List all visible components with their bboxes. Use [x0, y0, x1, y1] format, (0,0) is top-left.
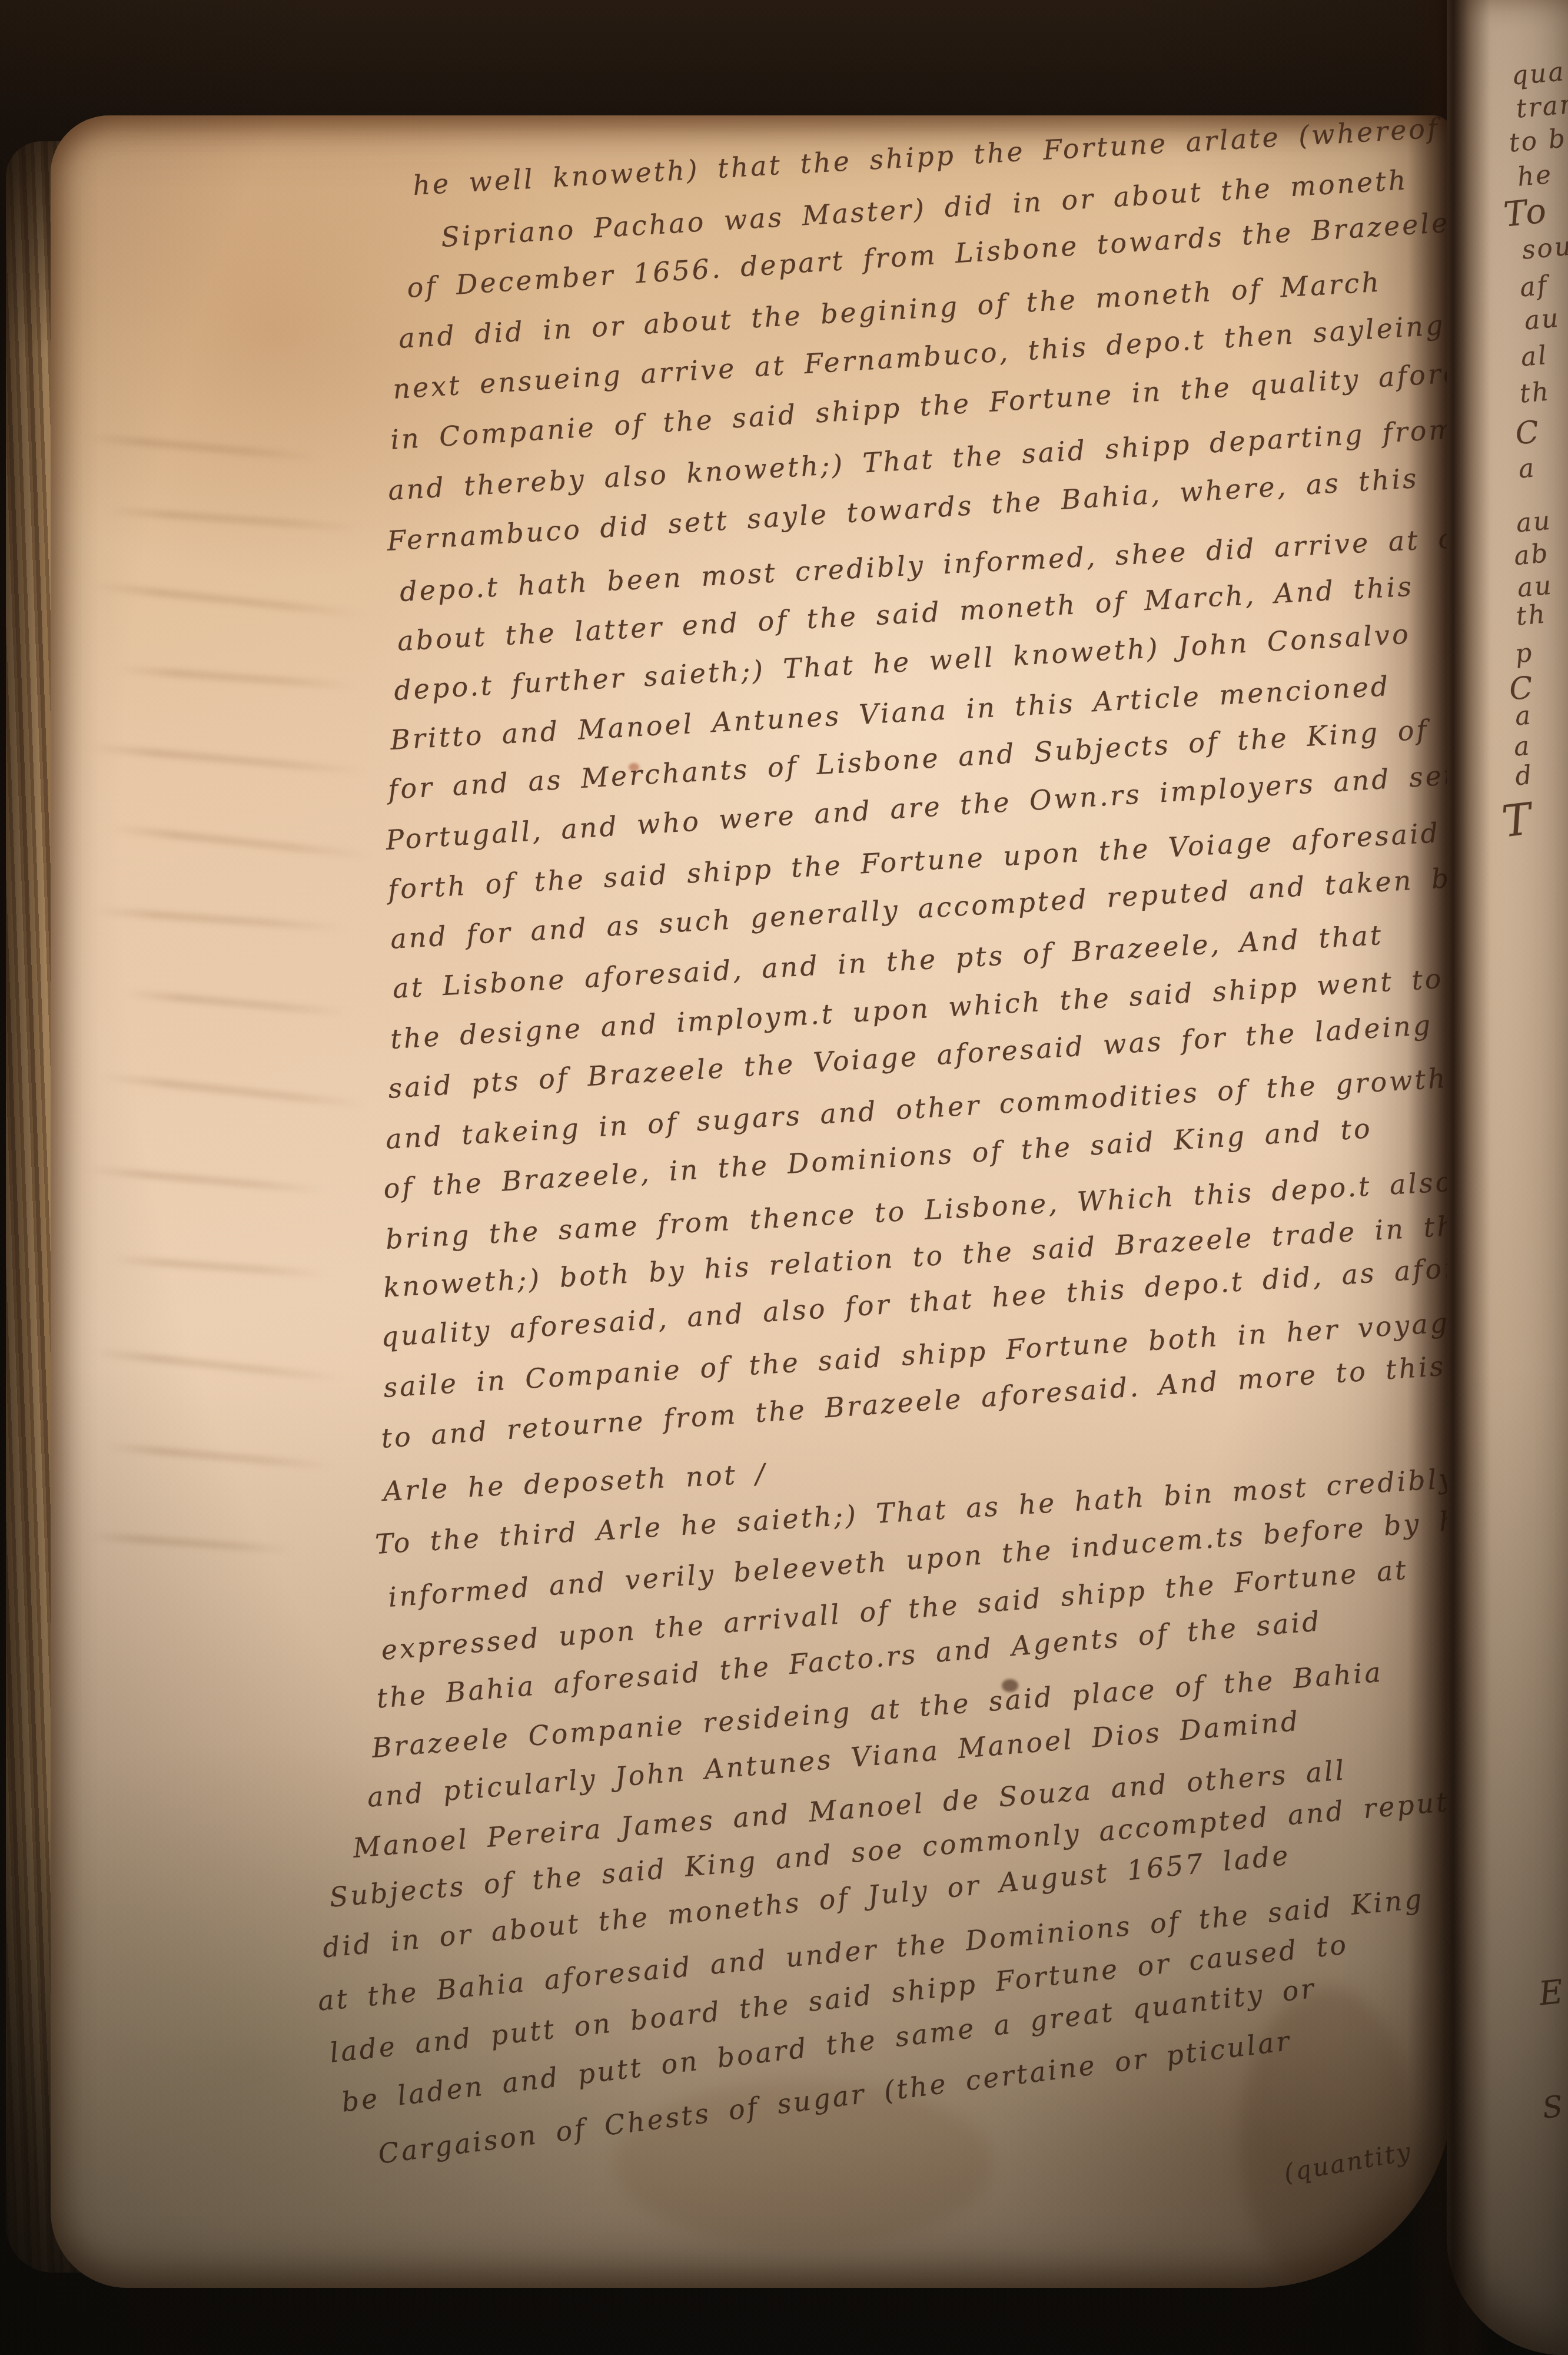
bleedthrough-mark [104, 506, 363, 532]
bleedthrough-mark [92, 1348, 345, 1382]
recto-line-fragment: E [1537, 1975, 1567, 2011]
recto-line-fragment: sou [1521, 233, 1568, 263]
recto-line-fragment: C [1514, 417, 1542, 450]
recto-line-fragment: au [1515, 508, 1553, 537]
recto-line-fragment: qua [1510, 59, 1566, 89]
bleedthrough-mark [91, 582, 367, 618]
manuscript-page: he well knoweth) that the shipp the Fort… [51, 115, 1454, 2288]
bleedthrough-mark [122, 989, 351, 1017]
bleedthrough-mark [116, 665, 357, 690]
bleedthrough-mark [99, 1073, 370, 1109]
recto-line-fragment: d [1514, 762, 1535, 790]
recto-line-fragment: To [1502, 193, 1550, 232]
bleedthrough-mark [85, 743, 367, 775]
recto-line-fragment: to b [1508, 125, 1568, 156]
bleedthrough-mark [88, 1532, 294, 1554]
bleedthrough-mark [85, 433, 321, 462]
recto-line-fragment: p [1514, 640, 1535, 668]
recto-line-fragment: C [1508, 672, 1536, 705]
recto-line-fragment: a [1514, 702, 1533, 729]
facing-page-edge: quatranto bheTosouafaualthCaauabauthpCaa… [1447, 0, 1568, 2355]
recto-line-fragment: ab [1513, 540, 1551, 570]
bleedthrough-mark [104, 1442, 334, 1470]
recto-line-fragment: T [1500, 797, 1536, 844]
recto-line-fragment: S [1541, 2091, 1566, 2123]
recto-line-fragment: th [1515, 601, 1548, 629]
bleedthrough-mark [87, 1166, 328, 1195]
manuscript-line: Arle he deposeth not / [383, 1460, 768, 1505]
recto-line-fragment: a [1517, 455, 1537, 482]
recto-line-fragment: he [1516, 162, 1554, 191]
recto-line-fragment: tran [1515, 91, 1568, 122]
recto-line-fragment: au [1516, 573, 1554, 602]
book-photograph: he well knoweth) that the shipp the Fort… [0, 0, 1568, 2355]
bleedthrough-mark [110, 1255, 328, 1278]
recto-line-fragment: al [1520, 343, 1549, 371]
bleedthrough-mark [109, 824, 373, 860]
recto-line-fragment: th [1519, 379, 1552, 407]
recto-line-fragment: au [1523, 306, 1561, 334]
recto-line-fragment: a [1513, 733, 1532, 760]
recto-line-fragment: af [1519, 273, 1550, 301]
bleedthrough-mark [92, 907, 346, 932]
